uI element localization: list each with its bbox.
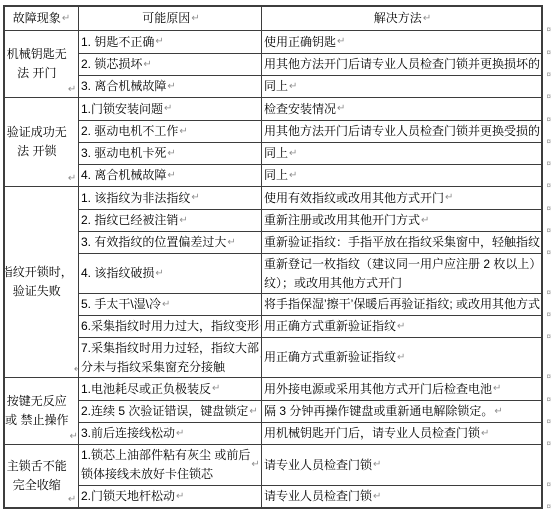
row-end-mark: ¤ [547,182,551,190]
fault-group: 主锁舌不能 完全收缩↵1.锁芯上油部件粘有灰尘 或前后 锁体接线未放好卡住锁芯↵… [5,444,541,507]
solution-text: 用正确方式重新验证指纹 [264,317,396,336]
solution-cell: 用其他方法开门后请专业人员检查门锁并更换受损的↵ [262,121,541,142]
row-end-mark: ¤ [547,93,551,101]
fault-phenomenon-cell: 验证成功无 法 开锁↵ [5,98,79,186]
solution-text: 请专业人员检查门锁 [264,456,372,475]
possible-cause-text: 4. 离合机械故障 [81,166,166,185]
fault-phenomenon-cell: 机械钥匙无 法 开门↵ [5,31,79,97]
page: { "marks": { "paragraph_mark": "↵", "row… [0,0,551,527]
table-row: 4. 离合机械故障↵同上↵¤ [79,164,541,186]
row-end-mark: ¤ [547,116,551,124]
possible-cause-cell: 1.门锁安装问题↵ [79,98,262,120]
paragraph-mark: ↵ [68,174,76,186]
header-fault-phenomenon-label: 故障现象 [13,9,61,28]
paragraph-mark: ↵ [481,429,489,439]
possible-cause-cell: 3. 离合机械故障↵ [79,76,262,97]
paragraph-mark: ↵ [191,14,199,24]
solution-cell: 用机械钥匙开门后，请专业人员检查门锁↵ [262,423,541,444]
paragraph-mark: ↵ [249,407,257,417]
row-end-mark: ¤ [547,249,551,257]
row-end-mark: ¤ [547,227,551,235]
possible-cause-text: 2.门锁天地杆松动 [81,487,175,506]
possible-cause-text: 3.前后连接线松动 [81,424,175,443]
row-end-mark: ¤ [547,71,551,79]
table-row: 2.门锁天地杆松动↵请专业人员检查门锁↵¤ [79,485,541,507]
possible-cause-text: 1.电池耗尽或正负极装反 [81,380,211,399]
row-end-mark: ¤ [547,440,551,448]
possible-cause-cell: 3.前后连接线松动↵ [79,423,262,444]
paragraph-mark: ↵ [162,300,170,310]
paragraph-mark: ↵ [373,460,381,470]
header-possible-cause-label: 可能原因 [142,9,190,28]
solution-cell: 重新登记一枚指纹（建议同一用户应注册 2 枚以上） 纹）；或改用其他方式开门↵ [262,254,541,293]
possible-cause-cell: 2.连续 5 次验证错误，键盘锁定↵ [79,401,262,422]
fault-phenomenon-cell: 主锁舌不能 完全收缩↵ [5,445,79,507]
possible-cause-text: 1.锁芯上油部件粘有灰尘 或前后 锁体接线未放好卡住锁芯 [81,446,250,484]
possible-cause-text: 2. 驱动电机不工作 [81,122,178,141]
solution-cell: 用正确方式重新验证指纹↵ [262,338,541,377]
paragraph-mark: ↵ [191,193,199,203]
paragraph-mark: ↵ [493,384,501,394]
header-possible-cause: 可能原因↵ [79,7,262,30]
group-rows: 1. 该指纹为非法指纹↵使用有效指纹或改用其他方式开门↵¤2. 指纹已经被注销↵… [79,187,541,377]
possible-cause-cell: 3. 有效指纹的位置偏差过大↵ [79,232,262,253]
possible-cause-cell: 1.锁芯上油部件粘有灰尘 或前后 锁体接线未放好卡住锁芯↵ [79,445,262,485]
paragraph-mark: ↵ [289,171,297,181]
possible-cause-text: 7.采集指纹时用力过轻，指纹大部 分未与指纹采集窗充分接触 [81,339,259,377]
group-rows: 1.电池耗尽或正负极装反↵用外接电源或采用其他方式开门后检查电池↵¤2.连续 5… [79,378,541,444]
solution-text: 将手指保湿’擦干’保暖后再验证指纹; 或改用其他方式 [264,295,540,314]
table-row: 1.电池耗尽或正负极装反↵用外接电源或采用其他方式开门后检查电池↵¤ [79,378,541,400]
table-row: 6.采集指纹时用力过大，指纹变形↵用正确方式重新验证指纹↵¤ [79,315,541,337]
row-end-mark: ¤ [547,49,551,57]
possible-cause-cell: 2.门锁天地杆松动↵ [79,486,262,507]
solution-cell: 用其他方法开门后请专业人员检查门锁并更换损坏的↵ [262,54,541,75]
solution-cell: 请专业人员检查门锁↵ [262,486,541,507]
solution-text: 重新注册或改用其他开门方式 [264,211,420,230]
paragraph-mark: ↵ [179,127,187,137]
possible-cause-cell: 4. 该指纹破损↵ [79,254,262,293]
fault-phenomenon-label: 指纹开锁时， 验证失败 [5,263,73,301]
row-end-mark: ¤ [547,26,551,34]
row-end-mark: ¤ [547,481,551,489]
paragraph-mark: ↵ [423,14,431,24]
paragraph-mark: ↵ [176,429,184,439]
row-end-mark: ¤ [547,205,551,213]
possible-cause-text: 2. 指纹已经被注销 [81,211,178,230]
paragraph-mark: ↵ [62,14,70,24]
solution-cell: 重新注册或改用其他开门方式↵ [262,210,541,231]
paragraph-mark: ↵ [397,353,405,363]
possible-cause-cell: 2. 驱动电机不工作↵ [79,121,262,142]
fault-phenomenon-label: 主锁舌不能 完全收缩 [7,457,67,495]
fault-phenomenon-cell: 指纹开锁时， 验证失败↵ [5,187,79,377]
solution-text: 同上 [264,77,288,96]
fault-group: 指纹开锁时， 验证失败↵1. 该指纹为非法指纹↵使用有效指纹或改用其他方式开门↵… [5,186,541,377]
solution-cell: 使用有效指纹或改用其他方式开门↵ [262,187,541,209]
paragraph-mark: ↵ [167,149,175,159]
paragraph-mark: ↵ [167,171,175,181]
paragraph-mark: ↵ [68,85,76,97]
possible-cause-text: 1.门锁安装问题 [81,100,163,119]
header-solution: 解决方法↵ [262,7,541,30]
solution-cell: 同上↵ [262,143,541,164]
row-end-mark: ¤ [547,160,551,168]
solution-cell: 重新验证指纹：手指平放在指纹采集窗中，轻触指纹↵ [262,232,541,253]
paragraph-mark: ↵ [68,495,76,507]
fault-phenomenon-cell: 按键无反应 或 禁止操作↵ [5,378,79,444]
table-row: 1.锁芯上油部件粘有灰尘 或前后 锁体接线未放好卡住锁芯↵请专业人员检查门锁↵¤ [79,445,541,485]
possible-cause-text: 3. 驱动电机卡死 [81,144,166,163]
solution-text: 重新登记一枚指纹（建议同一用户应注册 2 枚以上） 纹）；或改用其他方式开门 [264,255,541,293]
table-row: 1. 钥匙不正确↵使用正确钥匙↵¤ [79,31,541,53]
possible-cause-text: 3. 有效指纹的位置偏差过大 [81,233,226,252]
possible-cause-text: 1. 钥匙不正确 [81,33,154,52]
paragraph-mark: ↵ [155,269,163,279]
paragraph-mark: ↵ [445,193,453,203]
solution-text: 用机械钥匙开门后，请专业人员检查门锁 [264,424,480,443]
group-rows: 1.锁芯上油部件粘有灰尘 或前后 锁体接线未放好卡住锁芯↵请专业人员检查门锁↵¤… [79,445,541,507]
possible-cause-cell: 1. 钥匙不正确↵ [79,31,262,53]
paragraph-mark: ↵ [212,384,220,394]
table-row: 1.门锁安装问题↵检查安装情况↵¤ [79,98,541,120]
paragraph-mark: ↵ [494,407,502,417]
row-end-mark: ¤ [547,418,551,426]
solution-cell: 使用正确钥匙↵ [262,31,541,53]
row-end-mark: ¤ [547,311,551,319]
table-row: 5. 手太干\湿\冷↵将手指保湿’擦干’保暖后再验证指纹; 或改用其他方式↵¤ [79,293,541,315]
row-end-mark: ¤ [547,503,551,511]
troubleshooting-table: 故障现象↵ 可能原因↵ 解决方法↵ ¤ 机械钥匙无 法 开门↵1. 钥匙不正确↵… [3,5,543,509]
solution-text: 使用有效指纹或改用其他方式开门 [264,189,444,208]
table-row: 3.前后连接线松动↵用机械钥匙开门后，请专业人员检查门锁↵¤ [79,422,541,444]
solution-cell: 将手指保湿’擦干’保暖后再验证指纹; 或改用其他方式↵ [262,294,541,315]
solution-text: 用其他方法开门后请专业人员检查门锁并更换损坏的 [264,55,540,74]
solution-text: 用正确方式重新验证指纹 [264,348,396,367]
solution-text: 用外接电源或采用其他方式开门后检查电池 [264,380,492,399]
solution-text: 使用正确钥匙 [264,33,336,52]
possible-cause-text: 4. 该指纹破损 [81,264,154,283]
paragraph-mark: ↵ [337,104,345,114]
row-end-mark: ¤ [547,289,551,297]
solution-text: 检查安装情况 [264,100,336,119]
table-row: 7.采集指纹时用力过轻，指纹大部 分未与指纹采集窗充分接触↵用正确方式重新验证指… [79,337,541,377]
solution-text: 同上 [264,166,288,185]
fault-group: 按键无反应 或 禁止操作↵1.电池耗尽或正负极装反↵用外接电源或采用其他方式开门… [5,377,541,444]
paragraph-mark: ↵ [337,37,345,47]
group-rows: 1.门锁安装问题↵检查安装情况↵¤2. 驱动电机不工作↵用其他方法开门后请专业人… [79,98,541,186]
header-fault-phenomenon: 故障现象↵ [5,7,79,30]
table-groups: 机械钥匙无 法 开门↵1. 钥匙不正确↵使用正确钥匙↵¤2. 锁芯损坏↵用其他方… [5,31,541,507]
table-row: 2. 指纹已经被注销↵重新注册或改用其他开门方式↵¤ [79,209,541,231]
possible-cause-cell: 1.电池耗尽或正负极装反↵ [79,378,262,400]
table-row: 3. 有效指纹的位置偏差过大↵重新验证指纹：手指平放在指纹采集窗中，轻触指纹↵¤ [79,231,541,253]
possible-cause-text: 6.采集指纹时用力过大，指纹变形 [81,317,259,336]
solution-cell: 检查安装情况↵ [262,98,541,120]
possible-cause-text: 3. 离合机械故障 [81,77,166,96]
fault-group: 机械钥匙无 法 开门↵1. 钥匙不正确↵使用正确钥匙↵¤2. 锁芯损坏↵用其他方… [5,31,541,97]
possible-cause-cell: 2. 指纹已经被注销↵ [79,210,262,231]
possible-cause-cell: 7.采集指纹时用力过轻，指纹大部 分未与指纹采集窗充分接触↵ [79,338,262,377]
paragraph-mark: ↵ [227,238,235,248]
paragraph-mark: ↵ [176,492,184,502]
table-row: 3. 驱动电机卡死↵同上↵¤ [79,142,541,164]
fault-phenomenon-label: 验证成功无 法 开锁 [7,123,67,161]
solution-text: 重新验证指纹：手指平放在指纹采集窗中，轻触指纹 [264,233,540,252]
solution-cell: 同上↵ [262,76,541,97]
paragraph-mark: ↵ [143,60,151,70]
solution-text: 请专业人员检查门锁 [264,487,372,506]
possible-cause-text: 2. 锁芯损坏 [81,55,142,74]
paragraph-mark: ↵ [167,82,175,92]
paragraph-mark: ↵ [289,82,297,92]
possible-cause-cell: 1. 该指纹为非法指纹↵ [79,187,262,209]
solution-cell: 用外接电源或采用其他方式开门后检查电池↵ [262,378,541,400]
table-row: 1. 该指纹为非法指纹↵使用有效指纹或改用其他方式开门↵¤ [79,187,541,209]
header-solution-label: 解决方法 [374,9,422,28]
possible-cause-cell: 3. 驱动电机卡死↵ [79,143,262,164]
fault-phenomenon-label: 按键无反应 或 禁止操作 [5,392,68,430]
paragraph-mark: ↵ [251,460,259,470]
table-row: 2.连续 5 次验证错误，键盘锁定↵隔 3 分钟再操作键盘或重新通电解除锁定。↵… [79,400,541,422]
solution-text: 同上 [264,144,288,163]
fault-phenomenon-label: 机械钥匙无 法 开门 [7,45,67,83]
paragraph-mark: ↵ [179,216,187,226]
possible-cause-text: 2.连续 5 次验证错误，键盘锁定 [81,402,248,421]
possible-cause-text: 5. 手太干\湿\冷 [81,295,161,314]
solution-text: 隔 3 分钟再操作键盘或重新通电解除锁定。 [264,402,493,421]
group-rows: 1. 钥匙不正确↵使用正确钥匙↵¤2. 锁芯损坏↵用其他方法开门后请专业人员检查… [79,31,541,97]
fault-group: 验证成功无 法 开锁↵1.门锁安装问题↵检查安装情况↵¤2. 驱动电机不工作↵用… [5,97,541,186]
paragraph-mark: ↵ [164,104,172,114]
table-row: 4. 该指纹破损↵重新登记一枚指纹（建议同一用户应注册 2 枚以上） 纹）；或改… [79,253,541,293]
row-end-mark: ¤ [547,396,551,404]
solution-cell: 隔 3 分钟再操作键盘或重新通电解除锁定。↵ [262,401,541,422]
possible-cause-cell: 2. 锁芯损坏↵ [79,54,262,75]
paragraph-mark: ↵ [421,216,429,226]
paragraph-mark: ↵ [373,492,381,502]
solution-cell: 用正确方式重新验证指纹↵ [262,316,541,337]
paragraph-mark: ↵ [69,432,77,444]
table-row: 3. 离合机械故障↵同上↵¤ [79,75,541,97]
table-row: 2. 驱动电机不工作↵用其他方法开门后请专业人员检查门锁并更换受损的↵¤ [79,120,541,142]
row-end-mark: ¤ [547,138,551,146]
paragraph-mark: ↵ [155,37,163,47]
solution-text: 用其他方法开门后请专业人员检查门锁并更换受损的 [264,122,540,141]
row-end-mark: ¤ [547,333,551,341]
possible-cause-text: 1. 该指纹为非法指纹 [81,189,190,208]
table-row: 2. 锁芯损坏↵用其他方法开门后请专业人员检查门锁并更换损坏的↵¤ [79,53,541,75]
possible-cause-cell: 5. 手太干\湿\冷↵ [79,294,262,315]
solution-cell: 请专业人员检查门锁↵ [262,445,541,485]
paragraph-mark: ↵ [397,322,405,332]
row-end-mark: ¤ [547,373,551,381]
table-header-row: 故障现象↵ 可能原因↵ 解决方法↵ ¤ [5,7,541,31]
paragraph-mark: ↵ [289,149,297,159]
solution-cell: 同上↵ [262,165,541,186]
possible-cause-cell: 6.采集指纹时用力过大，指纹变形↵ [79,316,262,337]
possible-cause-cell: 4. 离合机械故障↵ [79,165,262,186]
